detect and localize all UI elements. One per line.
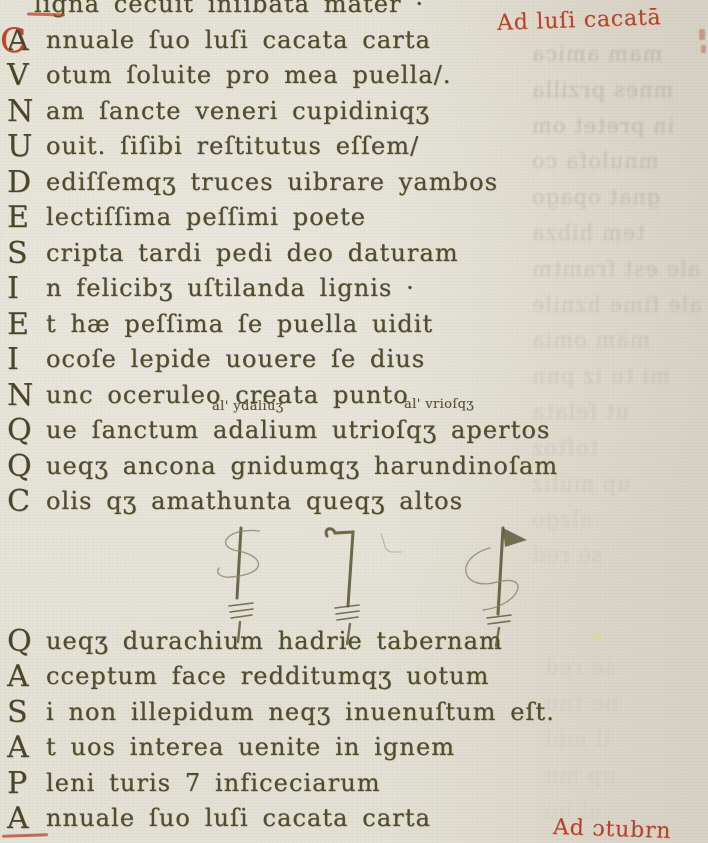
line-text: nnuale ſuo luſi cacata carta: [46, 24, 431, 57]
line-initial: N: [0, 379, 46, 413]
red-speck: [701, 45, 706, 53]
manuscript-line: Colis qʒ amathunta queqʒ altos: [0, 485, 708, 521]
manuscript-line: In felicibʒ uſtilanda lignis ·: [0, 272, 708, 308]
poem-text-block: lıgna cecuıt ınſibata mater ·Annuale ſuo…: [0, 0, 708, 838]
manuscript-line: Acceptum face redditumqʒ uotum: [0, 660, 708, 696]
manuscript-line: Iocoſe lepide uouere ſe dius: [0, 343, 708, 379]
line-text: cceptum face redditumqʒ uotum: [46, 660, 490, 693]
line-initial: V: [0, 59, 46, 93]
line-initial: U: [0, 130, 46, 164]
line-initial: A: [0, 660, 46, 694]
insertion-mark-symbols: [185, 520, 545, 652]
manuscript-line: Nam ſancte veneri cupidiniqʒ: [0, 95, 708, 131]
line-text: otum ſoluite pro mea puella/.: [46, 59, 452, 92]
line-initial: Q: [0, 450, 46, 484]
line-initial: S: [0, 237, 46, 271]
line-text: ue ſanctum adalium utrioſqʒ apertos: [46, 414, 550, 447]
line-text: am ſancte veneri cupidiniqʒ: [46, 95, 430, 128]
manuscript-line: Votum ſoluite pro mea puella/.: [0, 59, 708, 95]
line-initial: E: [0, 308, 46, 342]
line-initial: P: [0, 767, 46, 801]
line-text: olis qʒ amathunta queqʒ altos: [46, 485, 463, 518]
red-speck: [699, 29, 705, 40]
interlinear-gloss: al' ydaliuʒ: [212, 399, 283, 414]
line-text: i non illepidum neqʒ inuenuſtum eſt.: [46, 696, 555, 729]
rubric-bottom: Ad ɔtubrn: [553, 815, 672, 843]
manuscript-line: Et hæ peſſima ſe puella uidit: [0, 308, 708, 344]
line-text: lıgna cecuıt ınſibata mater ·: [0, 0, 424, 21]
line-initial: D: [0, 166, 46, 200]
line-text: ueqʒ ancona gnidumqʒ harundinoſam: [46, 450, 558, 483]
manuscript-line: Que ſanctum adalium utrioſqʒ apertos: [0, 414, 708, 450]
line-text: t uos interea uenite in ignem: [46, 731, 455, 764]
line-text: t hæ peſſima ſe puella uidit: [46, 308, 433, 341]
manuscript-line: Dediſſemqʒ truces uibrare yambos: [0, 166, 708, 202]
line-text: nnuale ſuo luſi cacata carta: [46, 802, 431, 835]
line-text: n felicibʒ uſtilanda lignis ·: [46, 272, 415, 305]
line-text: ocoſe lepide uouere ſe dius: [46, 343, 425, 376]
line-initial: C: [0, 485, 46, 519]
line-text: ediſſemqʒ truces uibrare yambos: [46, 166, 498, 199]
parchment-stain: [592, 631, 602, 643]
manuscript-line: Queqʒ ancona gnidumqʒ harundinoſam: [0, 450, 708, 486]
guide-letter: C: [0, 24, 26, 58]
line-text: lectiſſima peſſimi poete: [46, 201, 366, 234]
interlinear-gloss: al' vrioſqʒ: [404, 397, 474, 412]
line-initial: N: [0, 95, 46, 129]
manuscript-page: lıgna cecuıt ınſibata mater ·Annuale ſuo…: [0, 0, 708, 843]
line-initial: Q: [0, 414, 46, 448]
line-initial: E: [0, 201, 46, 235]
manuscript-line: Uouit. ſiſibi reſtitutus eſſem/: [0, 130, 708, 166]
manuscript-line: Pleni turis 7 inficeciarum: [0, 767, 708, 803]
manuscript-line: Scripta tardi pedi deo daturam: [0, 237, 708, 273]
line-text: leni turis 7 inficeciarum: [46, 767, 381, 800]
line-initial: S: [0, 696, 46, 730]
line-initial: I: [0, 272, 46, 306]
line-initial: A: [0, 731, 46, 765]
manuscript-line: At uos interea uenite in ignem: [0, 731, 708, 767]
manuscript-line: Si non illepidum neqʒ inuenuſtum eſt.: [0, 696, 708, 732]
line-initial: A: [0, 802, 46, 836]
manuscript-line: Nunc oceruleo creata punto: [0, 379, 708, 415]
line-initial: I: [0, 343, 46, 377]
line-initial: Q: [0, 625, 46, 659]
manuscript-line: Electiſſima peſſimi poete: [0, 201, 708, 237]
line-text: cripta tardi pedi deo daturam: [46, 237, 459, 270]
line-text: ouit. ſiſibi reſtitutus eſſem/: [46, 130, 419, 163]
